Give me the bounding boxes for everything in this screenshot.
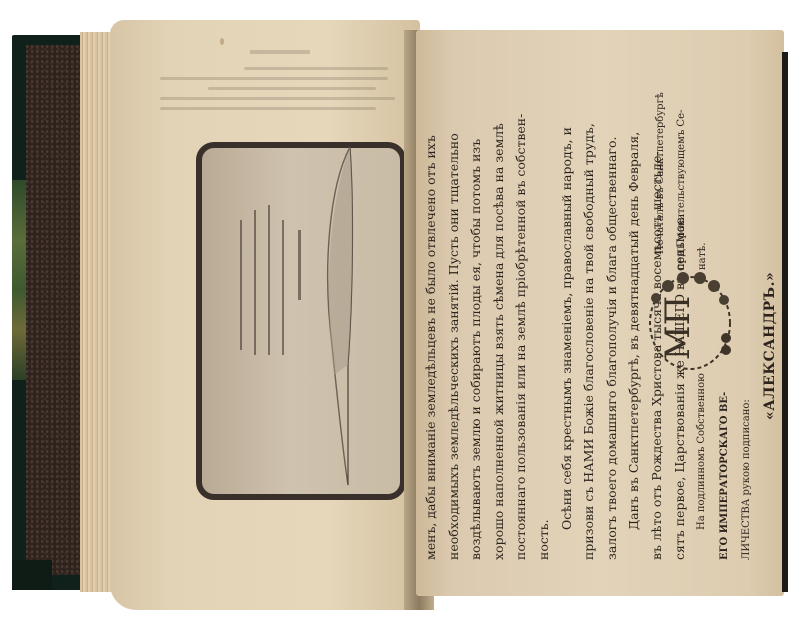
svg-text:МП: МП bbox=[658, 296, 698, 360]
foxing-spot bbox=[220, 38, 224, 45]
text-line: Осѣни себя крестнымъ знаменіемъ, правосл… bbox=[556, 40, 579, 560]
imprint-line: натѣ. bbox=[692, 40, 713, 270]
printed-text-block: менъ, дабы вниманіе земледѣльцевъ не был… bbox=[420, 40, 800, 560]
text-line: залогъ твоего домашняго благополучія и б… bbox=[601, 40, 624, 560]
text-line: необходимыхъ земледѣльческихъ занятій. П… bbox=[443, 40, 466, 560]
cover-corner bbox=[12, 560, 52, 590]
cover-board-textured bbox=[26, 45, 84, 575]
printer-emblem-icon: МП bbox=[638, 268, 740, 378]
text-line: ность. bbox=[533, 40, 556, 560]
quill-pen-icon bbox=[320, 145, 360, 490]
imprint-line: Печаталъ въ Санктпетербургѣ bbox=[650, 40, 671, 270]
text-line: воздѣлываютъ землю и собираютъ плоды ея,… bbox=[465, 40, 488, 560]
bleed-through-heading bbox=[250, 50, 310, 54]
marbled-spine-edge bbox=[12, 180, 26, 380]
bleed-through-text bbox=[160, 60, 400, 140]
text-line: менъ, дабы вниманіе земледѣльцевъ не был… bbox=[420, 40, 443, 560]
handwritten-inscription bbox=[232, 200, 312, 360]
text-line: постояннаго пользованія или на землѣ прі… bbox=[510, 40, 533, 560]
text-line: хорошо наполненной житницы взять сѣмена … bbox=[488, 40, 511, 560]
book-photo: менъ, дабы вниманіе земледѣльцевъ не был… bbox=[0, 0, 800, 621]
imprint-line: при Правительствующемъ Се- bbox=[671, 40, 692, 270]
text-line: призови съ НАМИ Божіе благословеніе на т… bbox=[578, 40, 601, 560]
imperial-signature: «АЛЕКСАНДРЪ.» bbox=[759, 40, 782, 560]
imprint-block: Печаталъ въ Санктпетербургѣ при Правител… bbox=[650, 40, 710, 270]
